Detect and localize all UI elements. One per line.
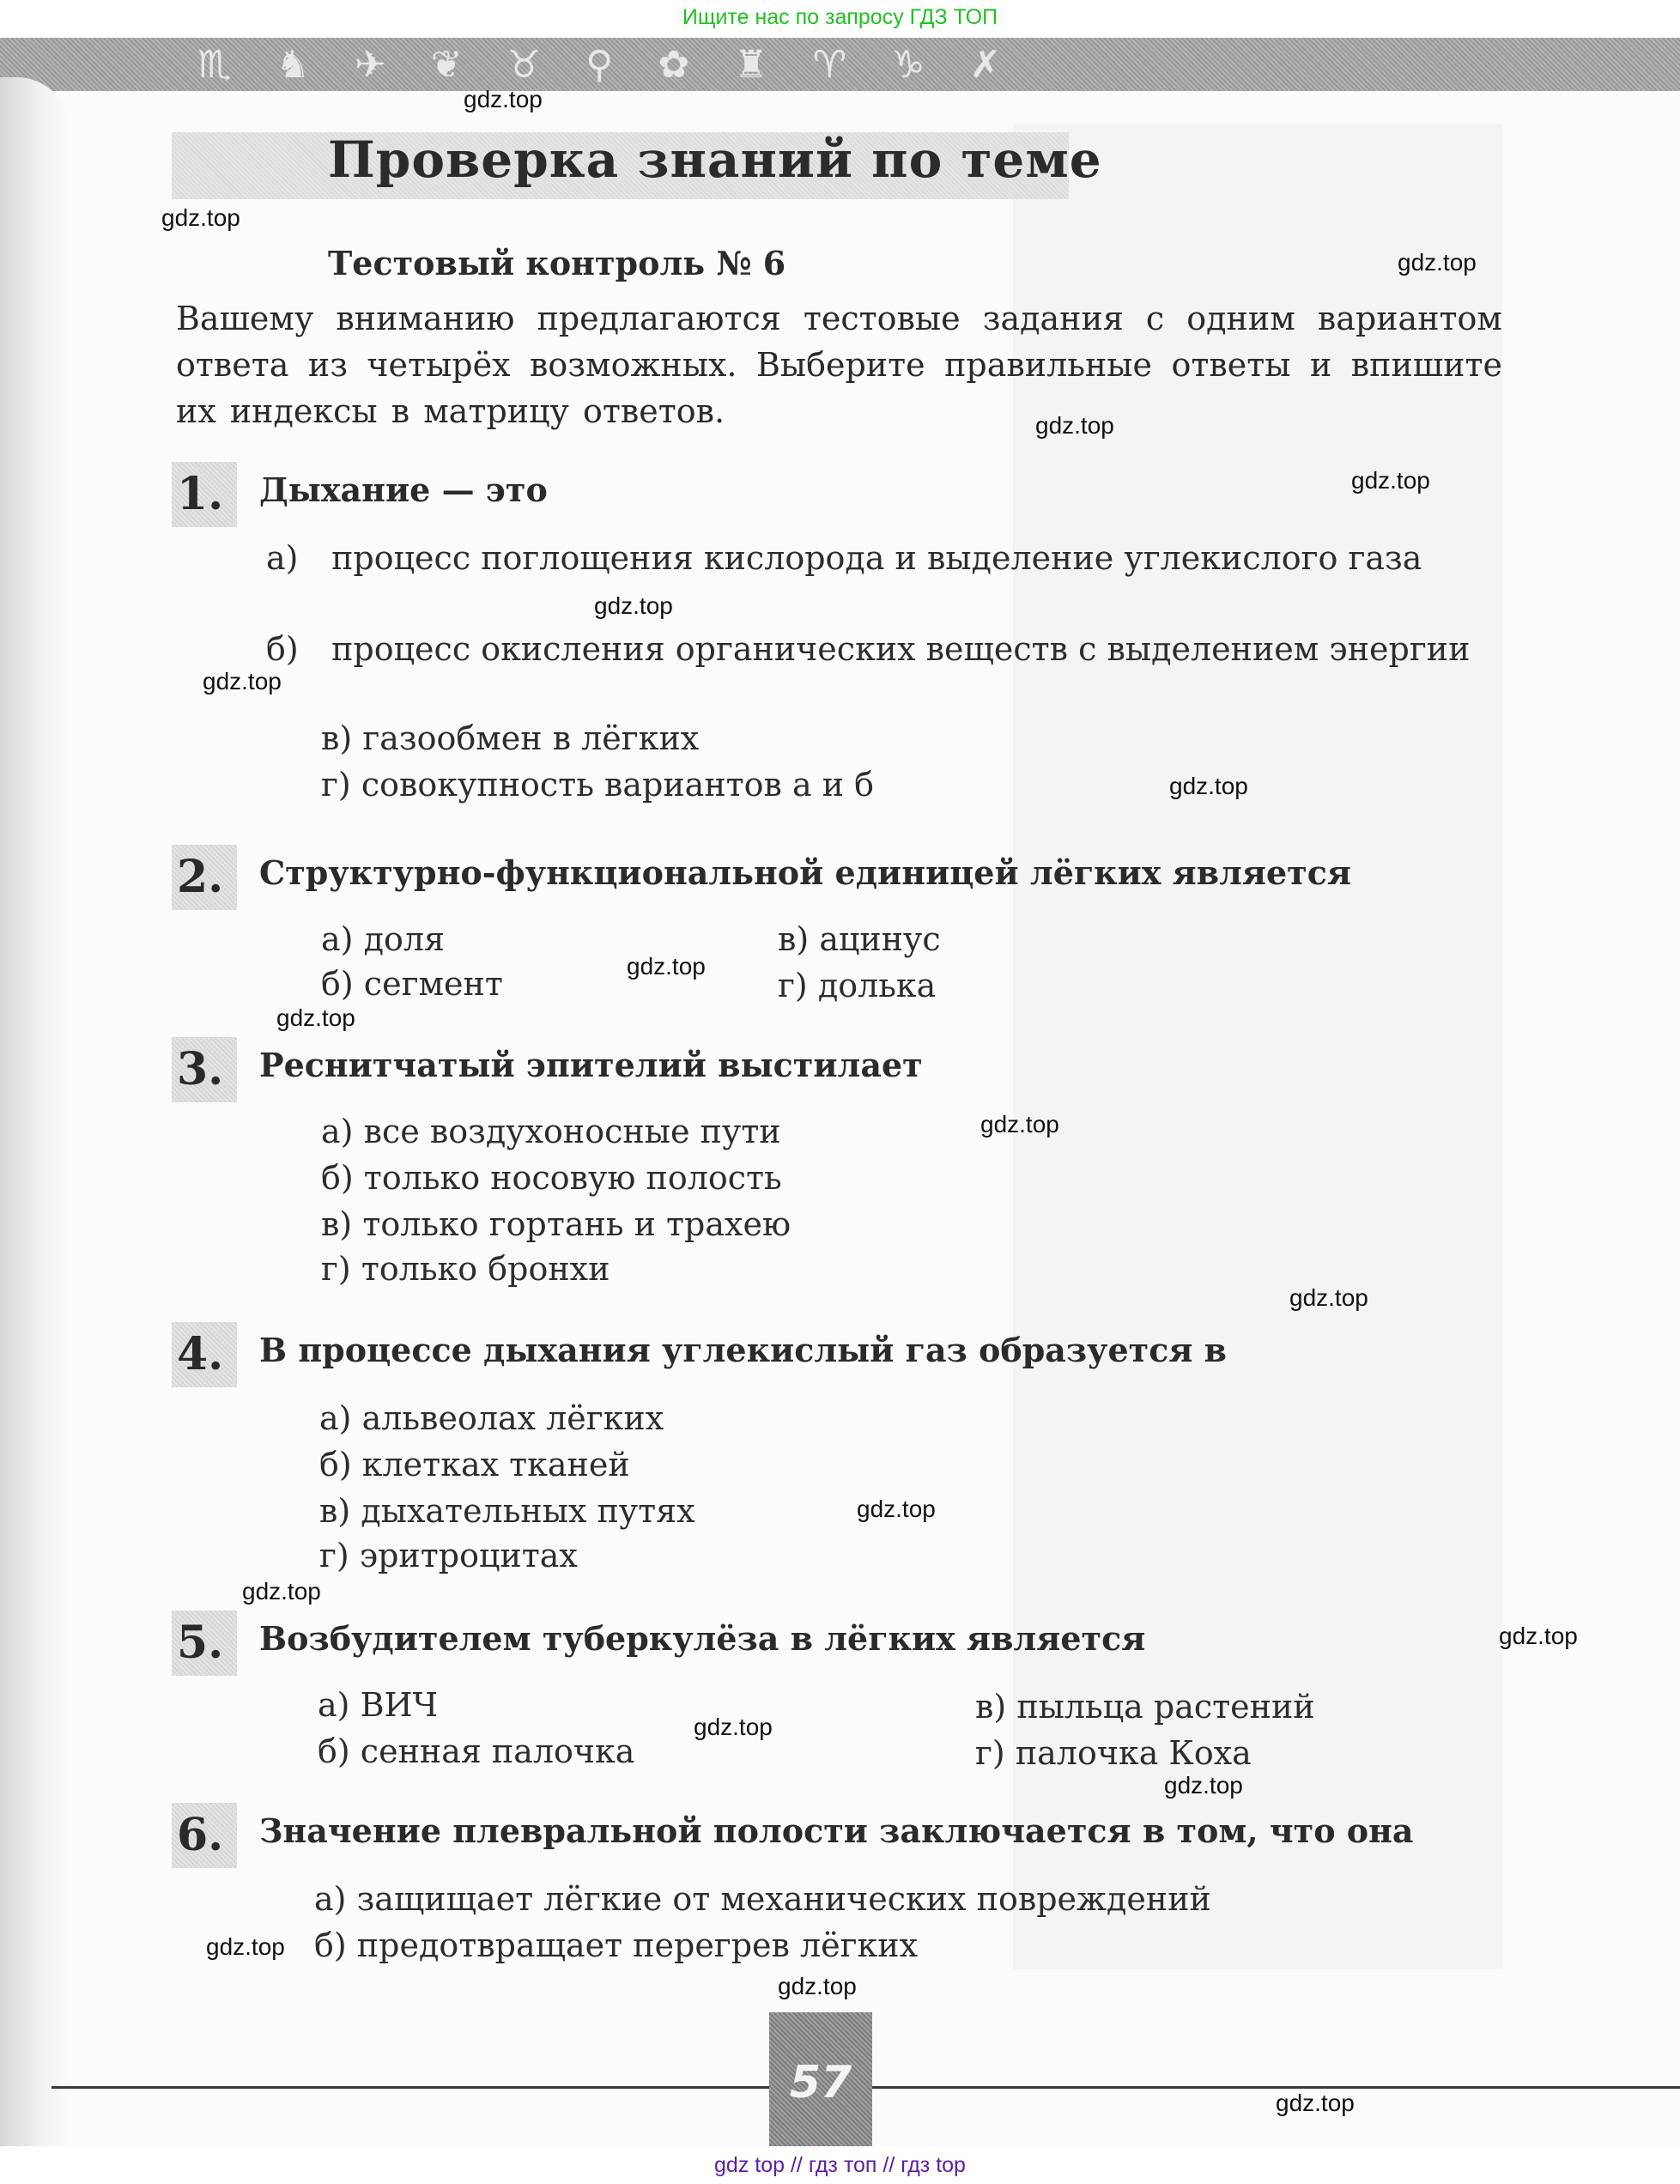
option-label: в) — [319, 1492, 350, 1530]
page-curl — [0, 77, 69, 2172]
option-label: б) — [318, 1732, 350, 1770]
watermark: gdz.top — [203, 668, 282, 695]
watermark: gdz.top — [242, 1578, 321, 1605]
question-text: Структурно-функциональной единицей лёгки… — [259, 853, 1351, 892]
textbook-page: ♏ ♞ ✈ ❦ ♉ ⚲ ✿ ♜ ♈ ♑ ✗ Проверка знаний по… — [0, 38, 1680, 2146]
flower-icon: ✿ — [658, 41, 689, 89]
option-3b[interactable]: б) только носовую полость — [321, 1156, 782, 1200]
page-title: Проверка знаний по теме — [328, 130, 1102, 189]
option-label: в) — [321, 1205, 352, 1243]
watermark: gdz.top — [464, 86, 543, 113]
top-banner: Ищите нас по запросу ГДЗ ТОП — [0, 0, 1680, 38]
watermark: gdz.top — [276, 1004, 355, 1032]
question-number: 4. — [172, 1322, 237, 1387]
option-label: г) — [321, 766, 351, 804]
option-1b[interactable]: б) процесс окисления органических вещест… — [321, 627, 1552, 671]
deer-icon: ♈ — [813, 41, 846, 89]
watermark: gdz.top — [627, 953, 706, 980]
fish-icon: ❦ — [431, 41, 463, 89]
ox-icon: ♉ — [507, 41, 541, 89]
option-text: пыльца растений — [1016, 1688, 1314, 1726]
question-number: 2. — [172, 845, 237, 910]
option-text: долька — [818, 967, 937, 1004]
watermark: gdz.top — [1169, 773, 1248, 800]
option-label: б) — [321, 965, 354, 1003]
bottom-banner: gdz top // гдз топ // гдз top — [0, 2146, 1680, 2184]
option-text: альвеолах лёгких — [362, 1399, 664, 1437]
option-5v[interactable]: в) пыльца растений — [975, 1684, 1315, 1729]
option-1v[interactable]: в) газообмен в лёгких — [321, 716, 699, 761]
question-text: В процессе дыхания углекислый газ образу… — [259, 1331, 1227, 1369]
watermark: gdz.top — [1398, 249, 1477, 276]
option-2g[interactable]: г) долька — [778, 963, 936, 1008]
option-label: г) — [321, 1250, 351, 1288]
option-label: г) — [778, 967, 808, 1004]
option-text: процесс поглощения кислорода и выделение… — [331, 539, 1422, 577]
question-text: Возбудителем туберкулёза в лёгких являет… — [259, 1619, 1145, 1658]
option-label: г) — [975, 1734, 1005, 1772]
option-label: в) — [778, 920, 809, 958]
watermark: gdz.top — [594, 592, 673, 620]
option-5b[interactable]: б) сенная палочка — [318, 1729, 634, 1774]
option-2a[interactable]: а) доля — [321, 917, 445, 962]
option-label: в) — [321, 719, 352, 757]
watermark: gdz.top — [206, 1933, 285, 1961]
question-number: 5. — [172, 1611, 237, 1676]
watermark: gdz.top — [1164, 1772, 1243, 1799]
option-text: все воздухоносные пути — [364, 1113, 781, 1150]
watermark: gdz.top — [1035, 412, 1114, 440]
option-text: ВИЧ — [361, 1686, 438, 1724]
scorpion-icon: ♏ — [197, 41, 231, 89]
watermark: gdz.top — [1276, 2090, 1355, 2117]
option-text: палочка Коха — [1016, 1734, 1252, 1772]
question-number: 1. — [172, 462, 237, 527]
option-label: в) — [975, 1688, 1006, 1726]
option-text: только гортань и трахею — [362, 1205, 791, 1243]
figure-icon: ⚲ — [585, 41, 613, 89]
option-4b[interactable]: б) клетках тканей — [319, 1442, 630, 1487]
option-1g[interactable]: г) совокупность вариантов а и б — [321, 762, 874, 807]
butterfly-icon: ✗ — [970, 41, 1002, 89]
goat-icon: ♑ — [891, 41, 925, 89]
question-number: 6. — [172, 1803, 237, 1868]
watermark: gdz.top — [778, 1973, 857, 2000]
option-text: только бронхи — [361, 1250, 610, 1288]
test-subtitle: Тестовый контроль № 6 — [328, 244, 785, 282]
watermark: gdz.top — [980, 1111, 1059, 1138]
option-text: ацинус — [819, 920, 940, 958]
bird-icon: ✈ — [355, 41, 386, 89]
option-5a[interactable]: а) ВИЧ — [318, 1683, 438, 1727]
option-text: газообмен в лёгких — [362, 719, 699, 757]
option-text: сенная палочка — [361, 1732, 635, 1770]
option-label: б) — [319, 1446, 352, 1483]
option-4a[interactable]: а) альвеолах лёгких — [319, 1396, 664, 1441]
boar-icon: ♜ — [734, 41, 767, 89]
option-label: а) — [318, 1686, 349, 1724]
option-text: эритроцитах — [360, 1537, 578, 1574]
horse-icon: ♞ — [276, 41, 309, 89]
option-label: а) — [321, 1113, 353, 1150]
option-label: б) — [314, 1926, 347, 1964]
option-4v[interactable]: в) дыхательных путях — [319, 1489, 695, 1533]
option-2v[interactable]: в) ацинус — [778, 917, 941, 962]
option-6a[interactable]: а) защищает лёгкие от механических повре… — [314, 1877, 1211, 1921]
question-text: Реснитчатый эпителий выстилает — [259, 1046, 923, 1084]
option-label: б) — [321, 1159, 354, 1197]
option-text: доля — [364, 920, 445, 958]
option-label: а) — [319, 1399, 351, 1437]
intro-text: Вашему вниманию предлагаются тестовые за… — [176, 295, 1502, 434]
option-5g[interactable]: г) палочка Коха — [975, 1731, 1252, 1775]
option-text: клетках тканей — [362, 1446, 630, 1483]
option-text: дыхательных путях — [361, 1492, 694, 1530]
watermark: gdz.top — [161, 204, 240, 232]
option-label: г) — [319, 1537, 349, 1574]
watermark: gdz.top — [694, 1714, 773, 1741]
option-text: защищает лёгкие от механических поврежде… — [357, 1880, 1211, 1918]
watermark: gdz.top — [1351, 467, 1430, 494]
option-1a[interactable]: а) процесс поглощения кислорода и выделе… — [321, 536, 1552, 580]
question-number: 3. — [172, 1037, 237, 1102]
option-4g[interactable]: г) эритроцитах — [319, 1533, 578, 1578]
watermark: gdz.top — [1289, 1284, 1368, 1312]
option-text: совокупность вариантов а и б — [361, 766, 874, 804]
option-2b[interactable]: б) сегмент — [321, 962, 503, 1006]
watermark: gdz.top — [857, 1495, 936, 1523]
option-text: сегмент — [364, 965, 503, 1003]
option-3a[interactable]: а) все воздухоносные пути — [321, 1109, 781, 1154]
option-text: только носовую полость — [364, 1159, 782, 1197]
option-label: а) — [321, 920, 353, 958]
watermark: gdz.top — [1499, 1623, 1578, 1650]
page-number: 57 — [769, 2057, 872, 2108]
option-3g[interactable]: г) только бронхи — [321, 1247, 610, 1291]
question-text: Значение плевральной полости заключается… — [259, 1811, 1414, 1850]
option-3v[interactable]: в) только гортань и трахею — [321, 1202, 791, 1247]
option-label: а) — [314, 1880, 346, 1918]
option-text: предотвращает перегрев лёгких — [357, 1926, 918, 1964]
option-text: процесс окисления органических веществ с… — [331, 630, 1470, 668]
question-text: Дыхание — это — [259, 470, 548, 509]
header-band: ♏ ♞ ✈ ❦ ♉ ⚲ ✿ ♜ ♈ ♑ ✗ — [0, 38, 1680, 91]
animal-silhouettes: ♏ ♞ ✈ ❦ ♉ ⚲ ✿ ♜ ♈ ♑ ✗ — [197, 41, 1001, 89]
option-6b[interactable]: б) предотвращает перегрев лёгких — [314, 1923, 918, 1968]
